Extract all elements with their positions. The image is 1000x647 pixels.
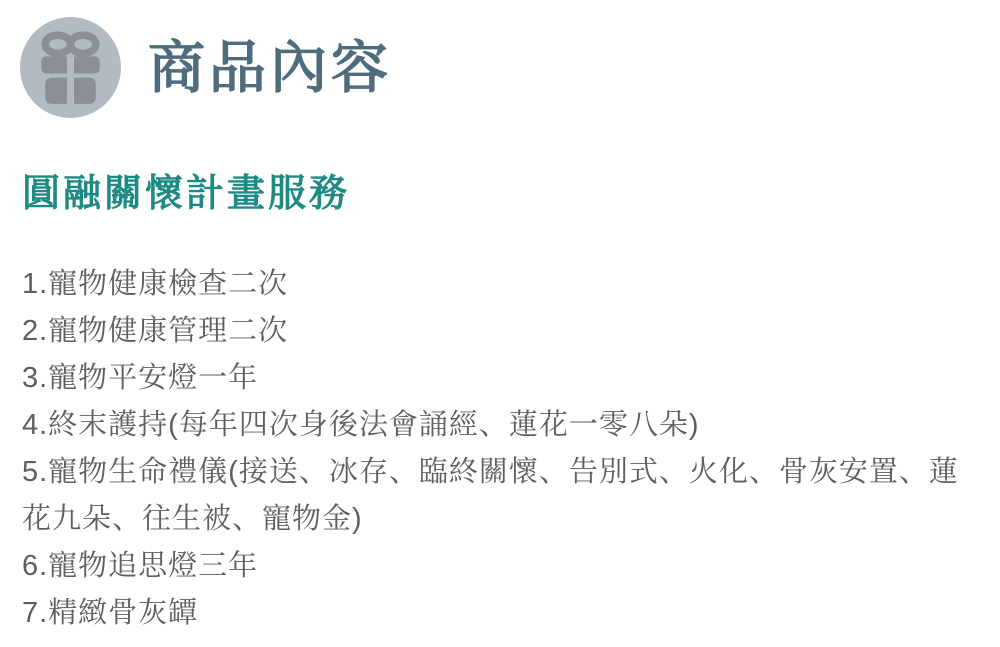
service-list-item-7: 7.精緻骨灰罈 bbox=[22, 590, 978, 637]
product-content-section: 商品內容 圓融關懷計畫服務 1.寵物健康檢查二次 2.寵物健康管理二次 3.寵物… bbox=[0, 0, 1000, 647]
service-list-item-4: 4.終末護持(每年四次身後法會誦經、蓮花一零八朵) bbox=[22, 402, 978, 449]
section-title: 商品內容 bbox=[148, 38, 392, 98]
service-list-item-2: 2.寵物健康管理二次 bbox=[22, 308, 978, 355]
service-list-item-1: 1.寵物健康檢查二次 bbox=[22, 261, 978, 308]
service-list-item-3: 3.寵物平安燈一年 bbox=[22, 355, 978, 402]
service-list-item-5: 5.寵物生命禮儀(接送、冰存、臨終關懷、告別式、火化、骨灰安置、蓮花九朵、往生被… bbox=[22, 449, 978, 543]
gift-icon bbox=[20, 17, 121, 118]
section-header: 商品內容 bbox=[0, 0, 1000, 118]
plan-heading: 圓融關懷計畫服務 bbox=[22, 175, 1000, 213]
service-list-item-6: 6.寵物追思燈三年 bbox=[22, 543, 978, 590]
service-list: 1.寵物健康檢查二次 2.寵物健康管理二次 3.寵物平安燈一年 4.終末護持(每… bbox=[0, 261, 998, 637]
